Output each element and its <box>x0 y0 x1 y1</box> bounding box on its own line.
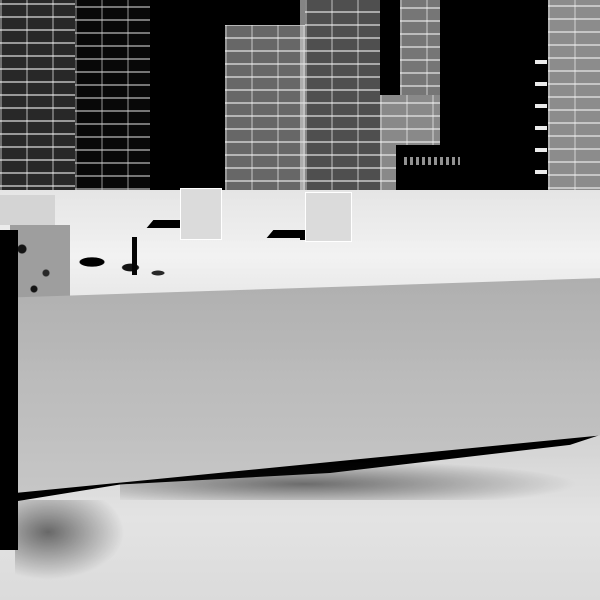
door-frame <box>535 60 547 210</box>
brick-wall-left <box>0 0 75 200</box>
dark-opening <box>150 0 230 195</box>
ground-shadow-left <box>15 500 125 580</box>
brick-wall-upper <box>400 0 440 100</box>
brick-wall-center <box>225 25 305 195</box>
vertical-rod <box>132 237 137 275</box>
debris <box>70 240 180 295</box>
post-right <box>305 192 352 242</box>
post-left <box>180 188 222 240</box>
block-left-edge <box>0 230 18 550</box>
photograph <box>0 0 600 600</box>
rubble-pile <box>10 225 70 305</box>
brick-wall-right <box>548 0 600 215</box>
wall-sign <box>396 145 468 193</box>
floor-left-edge <box>0 195 55 225</box>
brick-wall-center-right <box>305 0 385 195</box>
